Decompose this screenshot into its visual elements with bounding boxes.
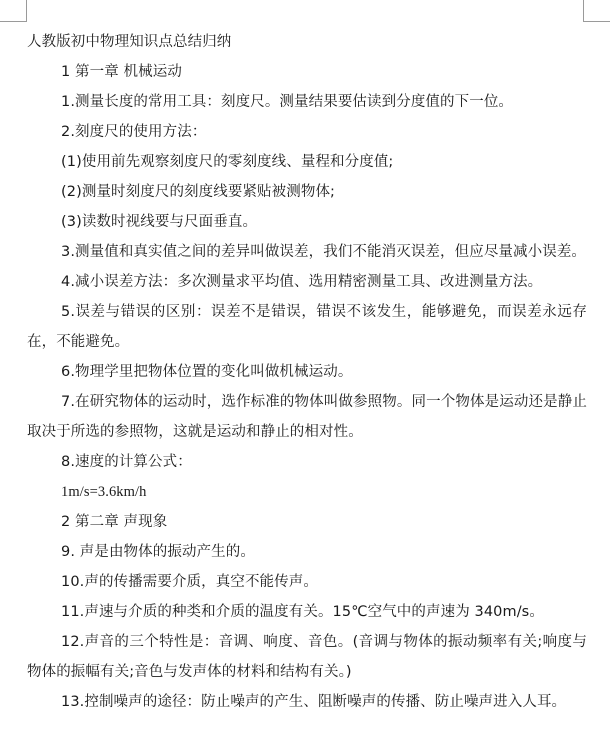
- paragraph-1: 1.测量长度的常用工具：刻度尺。测量结果要估读到分度值的下一位。: [27, 87, 587, 117]
- paragraph-2-sub-3: (3)读数时视线要与尺面垂直。: [27, 207, 587, 237]
- paragraph-2: 2.刻度尺的使用方法：: [27, 117, 587, 147]
- paragraph-8: 8.速度的计算公式：: [27, 447, 587, 477]
- paragraph-12: 12.声音的三个特性是：音调、响度、音色。(音调与物体的振动频率有关;响度与物体…: [27, 627, 587, 687]
- paragraph-3: 3.测量值和真实值之间的差异叫做误差，我们不能消灭误差，但应尽量减小误差。: [27, 237, 587, 267]
- page-corner-mark-top-left: [0, 0, 27, 22]
- paragraph-4: 4.减小误差方法：多次测量求平均值、选用精密测量工具、改进测量方法。: [27, 267, 587, 297]
- chapter-heading-1: 1 第一章 机械运动: [27, 57, 587, 87]
- page-corner-mark-top-right: [583, 0, 610, 22]
- paragraph-6: 6.物理学里把物体位置的变化叫做机械运动。: [27, 357, 587, 387]
- document-page: 人教版初中物理知识点总结归纳 1 第一章 机械运动 1.测量长度的常用工具：刻度…: [27, 27, 587, 717]
- speed-formula: 1m/s=3.6km/h: [27, 477, 587, 507]
- paragraph-7: 7.在研究物体的运动时，选作标准的物体叫做参照物。同一个物体是运动还是静止取决于…: [27, 387, 587, 447]
- paragraph-9: 9. 声是由物体的振动产生的。: [27, 537, 587, 567]
- paragraph-11: 11.声速与介质的种类和介质的温度有关。15℃空气中的声速为 340m/s。: [27, 597, 587, 627]
- paragraph-2-sub-1: (1)使用前先观察刻度尺的零刻度线、量程和分度值;: [27, 147, 587, 177]
- document-title: 人教版初中物理知识点总结归纳: [27, 27, 587, 57]
- paragraph-2-sub-2: (2)测量时刻度尺的刻度线要紧贴被测物体;: [27, 177, 587, 207]
- chapter-heading-2: 2 第二章 声现象: [27, 507, 587, 537]
- paragraph-13-cutoff: 13.控制噪声的途径：防止噪声的产生、阻断噪声的传播、防止噪声进入人耳。: [27, 687, 587, 717]
- paragraph-5: 5.误差与错误的区别：误差不是错误，错误不该发生，能够避免，而误差永远存在，不能…: [27, 297, 587, 357]
- paragraph-10: 10.声的传播需要介质，真空不能传声。: [27, 567, 587, 597]
